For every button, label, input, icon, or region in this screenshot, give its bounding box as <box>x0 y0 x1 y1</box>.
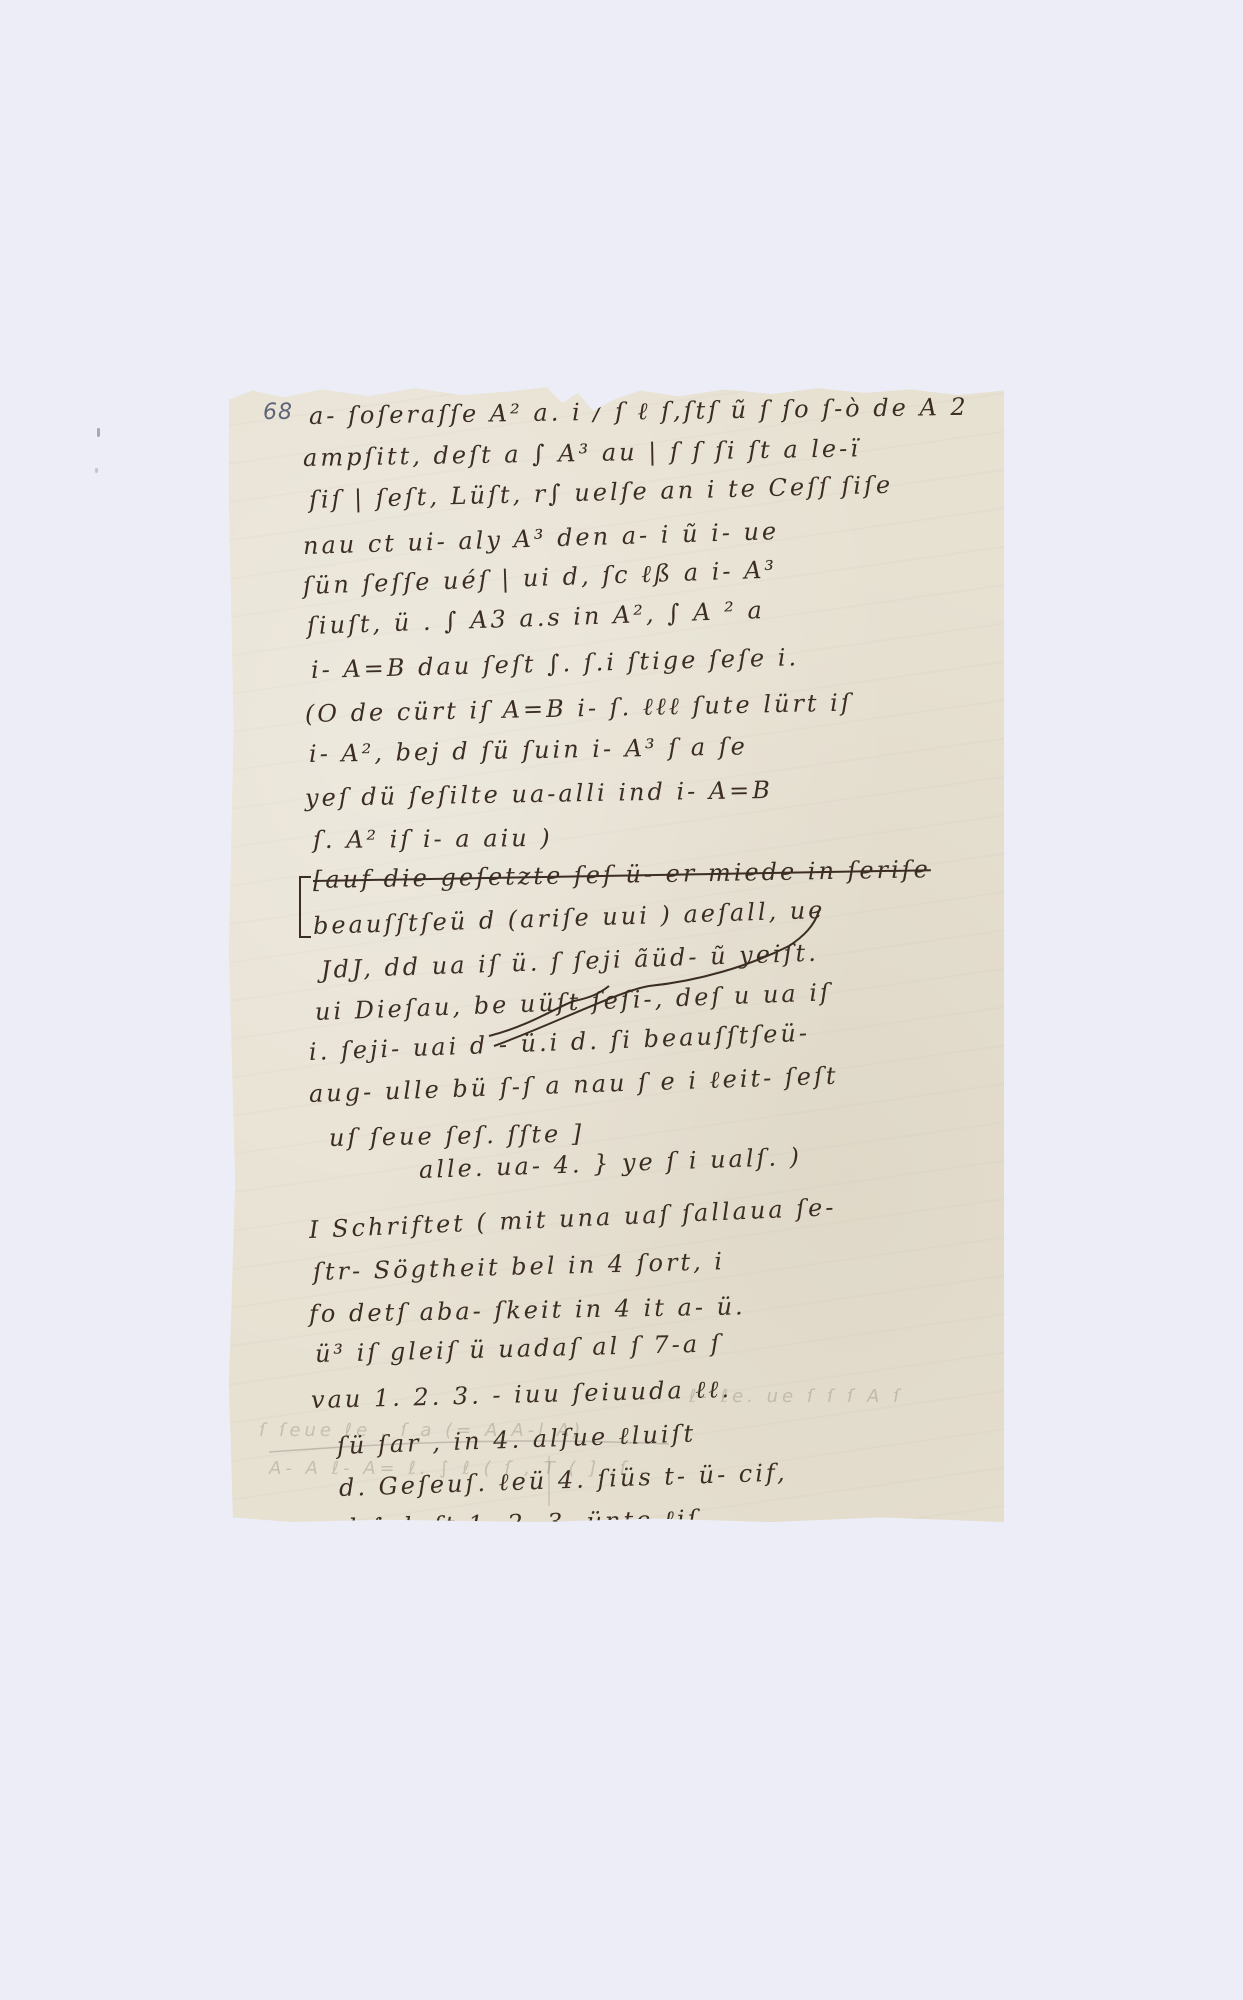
background-speck <box>95 468 98 473</box>
page-number: 68 <box>263 400 293 425</box>
manuscript-line: ſ. A² iſ i- a aiu ) <box>313 824 553 854</box>
manuscript-line: ſat. <box>359 1556 411 1584</box>
bleed-through-text: ℓ- ℓe. ue ſ ſ ſ A ſ <box>689 1386 903 1407</box>
bleed-through-text: A- A ℓ- A= ℓ. ∫ ℓ ( ſ , T ( ] ,ſ . <box>269 1458 649 1479</box>
background-speck <box>97 428 100 437</box>
manuscript-line: uſ ſeue ſeſ. ſſte ] <box>329 1120 585 1152</box>
manuscript-page: 68 a- ſoſeraſſe A² a. i / ſ ℓ ſ,ſtſ ũ ſ … <box>229 386 1004 1522</box>
margin-bracket <box>299 876 311 938</box>
bleed-through-text: ſ ſeue ℓe . ſ a (= A.A-l A) <box>259 1420 584 1441</box>
